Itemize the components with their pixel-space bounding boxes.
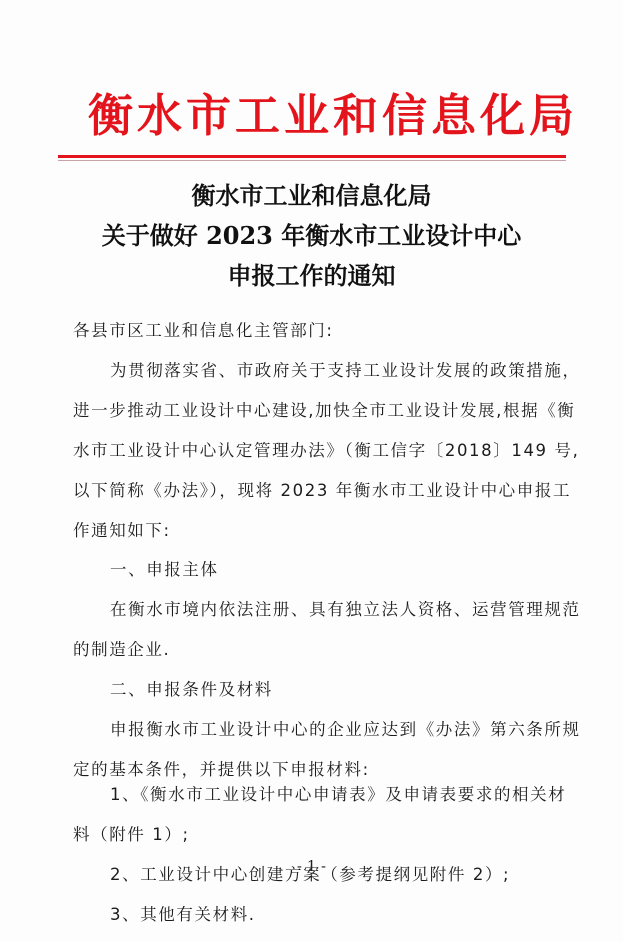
- material-item-3: 3、其他有关材料.: [110, 901, 256, 925]
- section-2-line: 定的基本条件，并提供以下申报材料:: [73, 756, 370, 780]
- section-2-heading: 二、申报条件及材料: [110, 676, 273, 700]
- intro-line: 进一步推动工业设计中心建设,加快全市工业设计发展,根据《衡: [73, 397, 575, 421]
- masthead-red-rule: [58, 155, 566, 158]
- section-1-line: 的制造企业.: [73, 636, 170, 660]
- masthead-organization: 衡水市工业和信息化局: [88, 86, 548, 146]
- document-page: 衡水市工业和信息化局 衡水市工业和信息化局 关于做好 2023 年衡水市工业设计…: [0, 0, 623, 941]
- section-1-heading: 一、申报主体: [110, 556, 219, 580]
- material-item-1: 1、《衡水市工业设计中心申请表》及申请表要求的相关材: [110, 781, 566, 805]
- intro-line: 作通知如下:: [73, 517, 171, 541]
- salutation: 各县市区工业和信息化主管部门:: [73, 317, 334, 341]
- intro-line: 水市工业设计中心认定管理办法》（衡工信字〔2018〕149 号,: [73, 437, 579, 461]
- title-line-2: 关于做好 2023 年衡水市工业设计中心: [0, 216, 623, 251]
- page-number: - 1 -: [0, 857, 623, 875]
- material-item-1-cont: 料（附件 1）;: [73, 821, 190, 845]
- section-1-line: 在衡水市境内依法注册、具有独立法人资格、运营管理规范: [110, 596, 581, 620]
- title-line-3: 申报工作的通知: [0, 256, 623, 291]
- section-2-line: 申报衡水市工业设计中心的企业应达到《办法》第六条所规: [110, 716, 581, 740]
- title-line-1: 衡水市工业和信息化局: [0, 176, 623, 211]
- intro-line: 以下简称《办法》），现将 2023 年衡水市工业设计中心申报工: [73, 477, 571, 501]
- masthead-thin-rule: [58, 160, 566, 161]
- intro-line: 为贯彻落实省、市政府关于支持工业设计发展的政策措施，: [110, 357, 581, 381]
